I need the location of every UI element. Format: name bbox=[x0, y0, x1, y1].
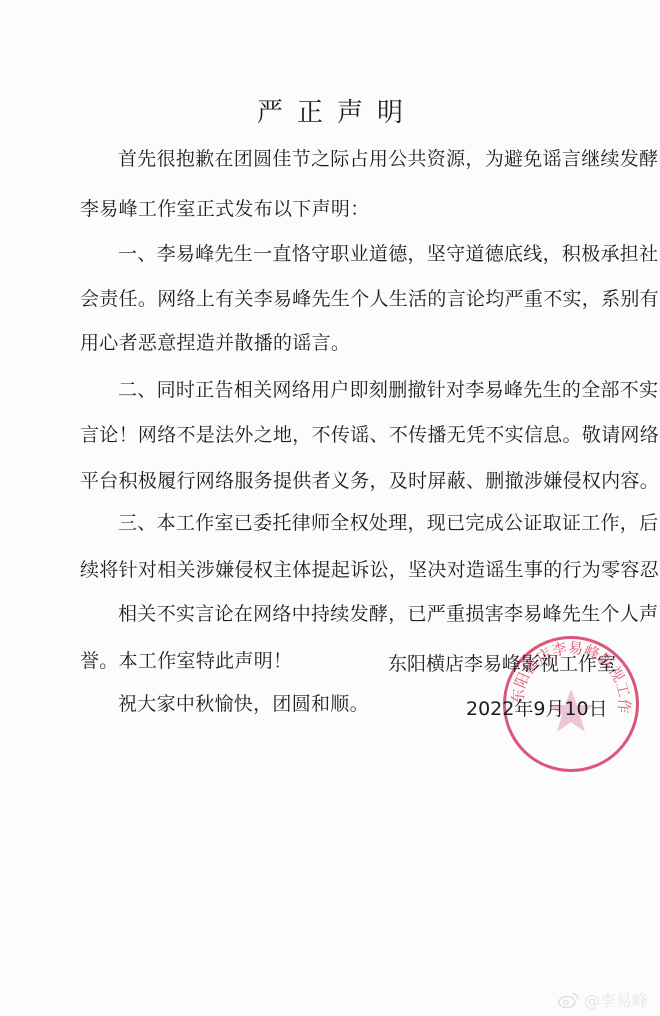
body-line: 一、李易峰先生一直恪守职业道德，坚守道德底线，积极承担社 bbox=[118, 242, 658, 266]
weibo-watermark: @李易峰 bbox=[558, 988, 648, 1011]
body-line: 会责任。网络上有关李易峰先生个人生活的言论均严重不实，系别有 bbox=[80, 287, 659, 311]
watermark-text: @李易峰 bbox=[584, 988, 648, 1011]
weibo-icon bbox=[558, 991, 580, 1009]
signature-date: 2022年9月10日 bbox=[466, 694, 608, 721]
body-line: 相关不实言论在网络中持续发酵，已严重损害李易峰先生个人声 bbox=[118, 602, 658, 626]
body-line: 续将针对相关涉嫌侵权主体提起诉讼，坚决对造谣生事的行为零容忍！ bbox=[80, 558, 660, 582]
body-line: 二、同时正告相关网络用户即刻删撤针对李易峰先生的全部不实 bbox=[118, 378, 658, 402]
signature-organization: 东阳横店李易峰影视工作室 bbox=[388, 649, 616, 676]
body-line: 言论！网络不是法外之地，不传谣、不传播无凭不实信息。敬请网络 bbox=[80, 423, 659, 447]
document-title: 严正声明 bbox=[0, 92, 660, 129]
body-line: 誉。本工作室特此声明！ bbox=[80, 649, 292, 673]
body-line: 李易峰工作室正式发布以下声明： bbox=[80, 197, 370, 221]
body-line: 平台积极履行网络服务提供者义务，及时屏蔽、删撤涉嫌侵权内容。 bbox=[80, 469, 659, 493]
body-line: 用心者恶意捏造并散播的谣言。 bbox=[80, 331, 350, 355]
body-line: 首先很抱歉在团圆佳节之际占用公共资源，为避免谣言继续发酵， bbox=[118, 147, 660, 171]
statement-document: 严正声明 首先很抱歉在团圆佳节之际占用公共资源，为避免谣言继续发酵，李易峰工作室… bbox=[0, 0, 660, 1016]
body-line: 祝大家中秋愉快，团圆和顺。 bbox=[118, 692, 369, 716]
body-line: 三、本工作室已委托律师全权处理，现已完成公证取证工作，后 bbox=[118, 511, 658, 535]
